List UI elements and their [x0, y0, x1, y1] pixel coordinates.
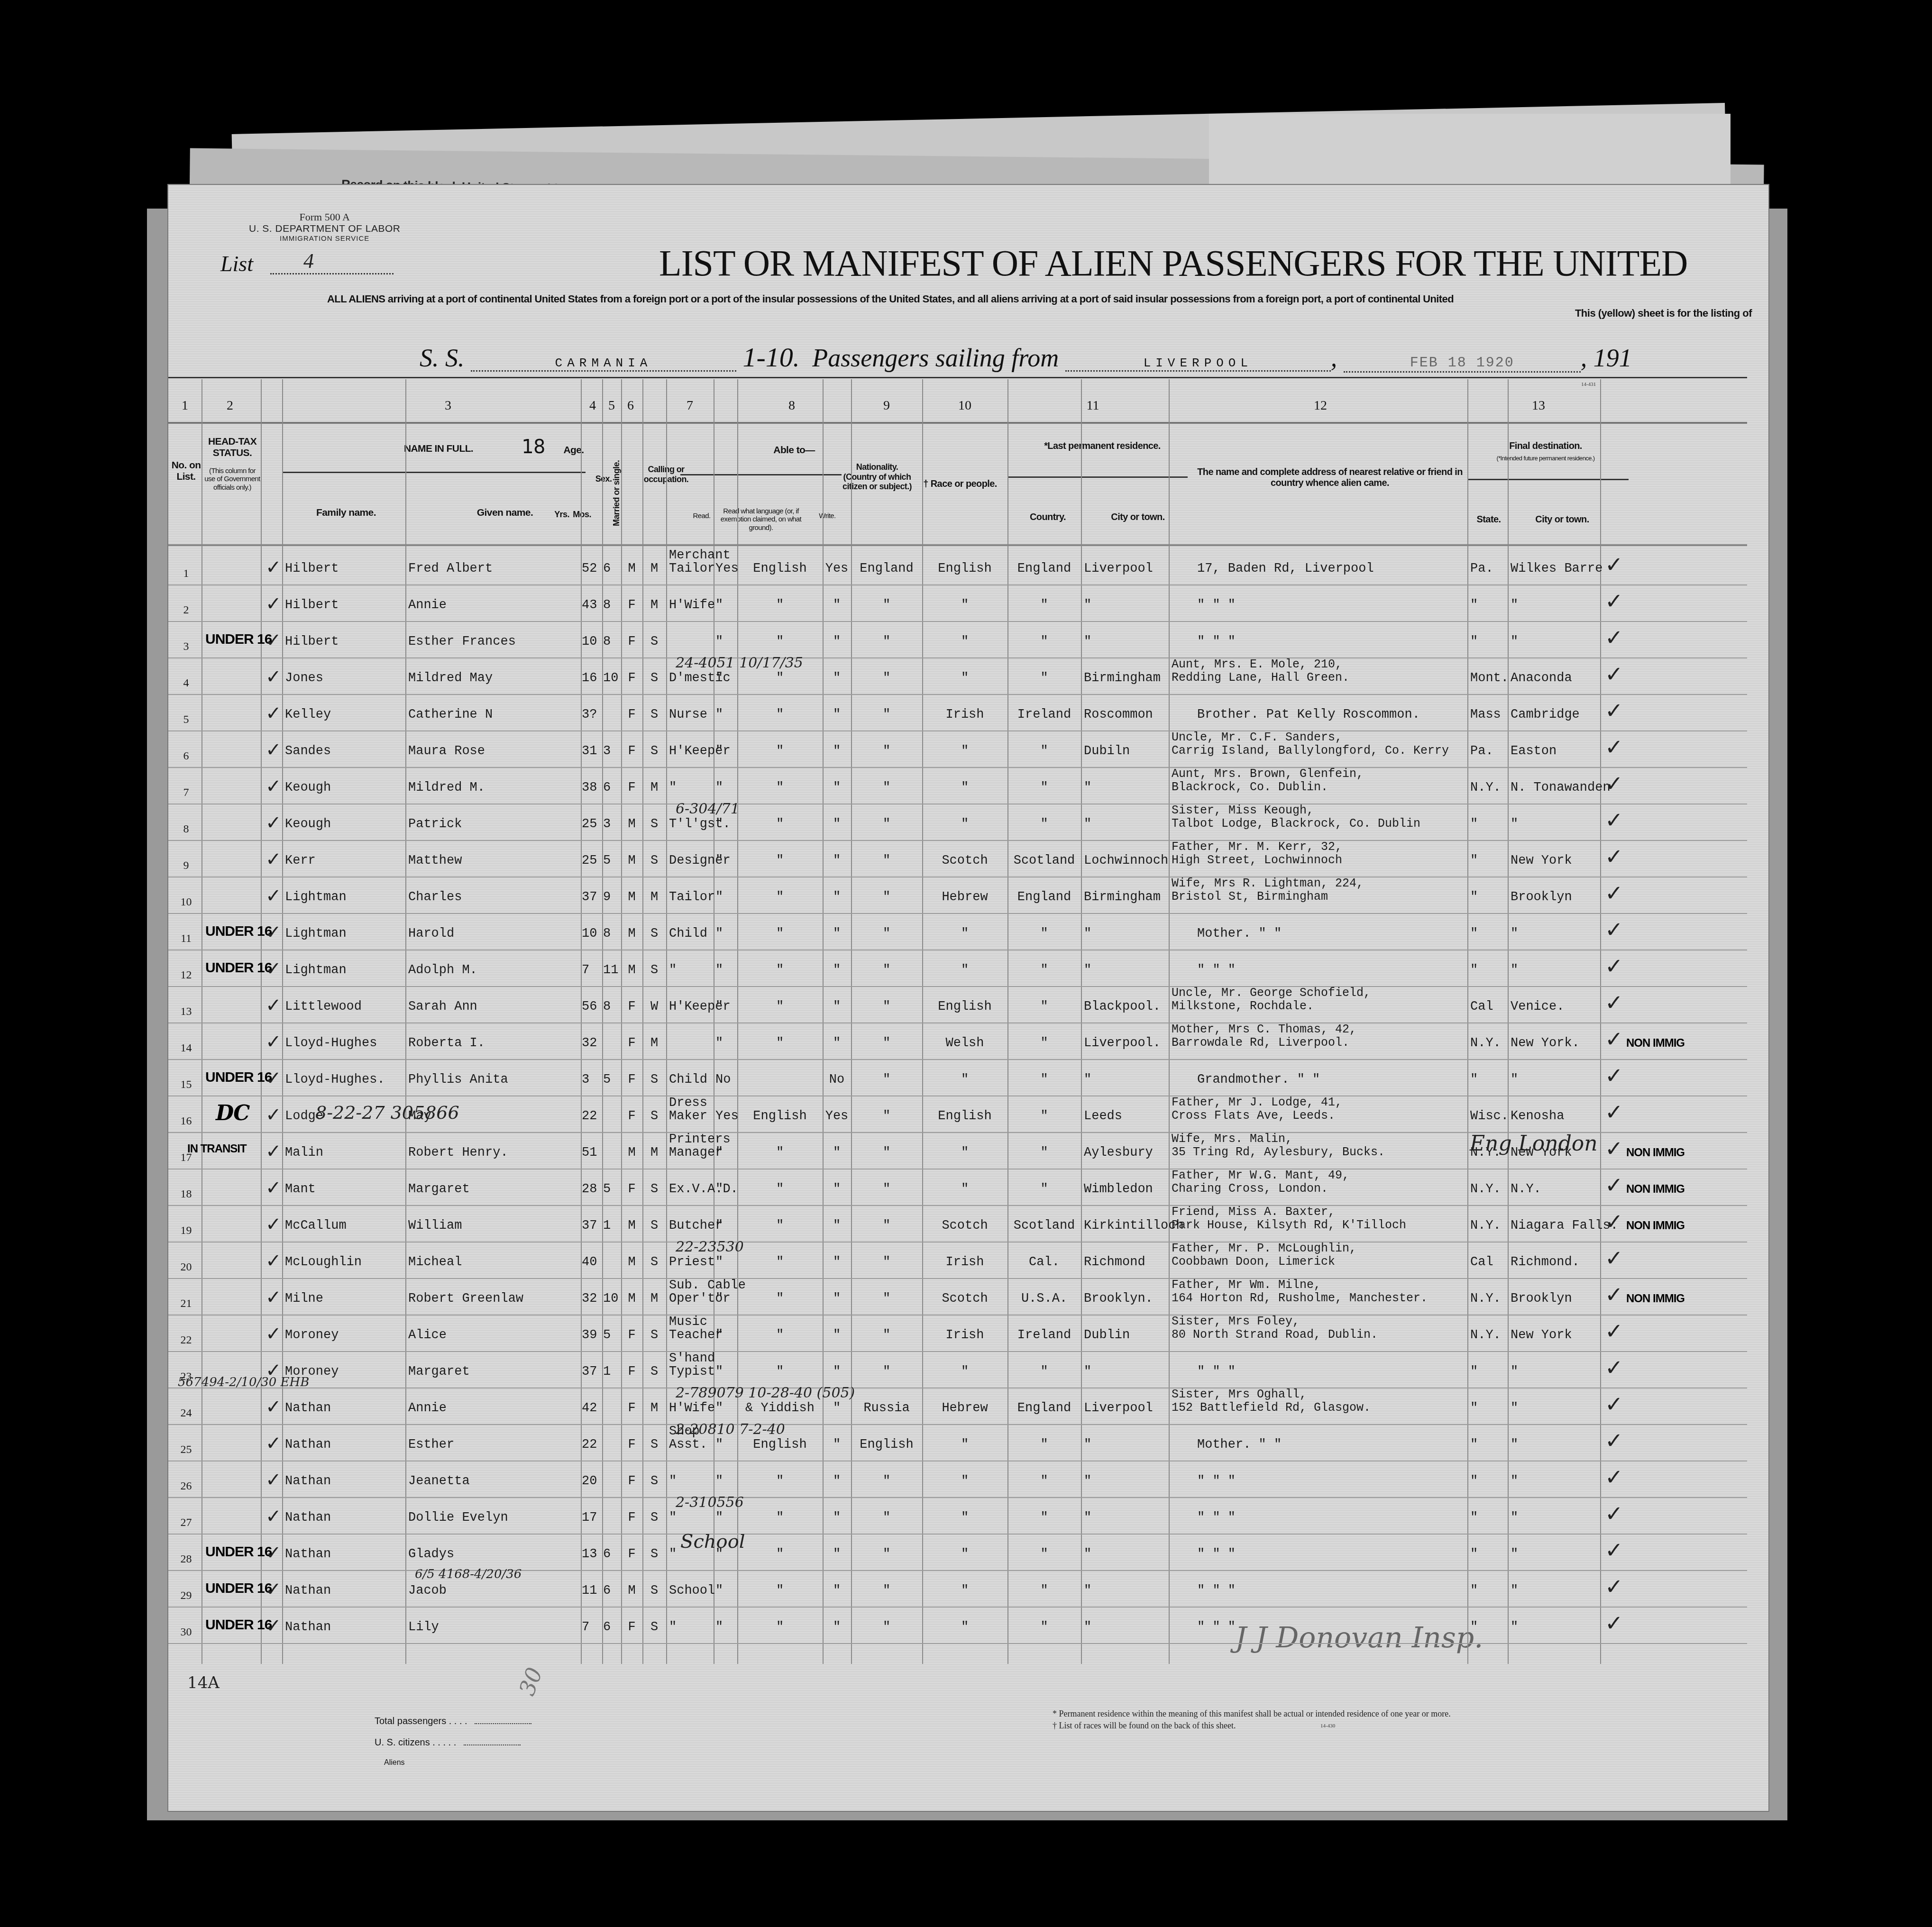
- verification-check-icon: ✓: [1605, 880, 1623, 906]
- row-divider: [168, 986, 1747, 987]
- row-number: 20: [171, 1261, 201, 1273]
- sex: F: [621, 1365, 642, 1379]
- sex: M: [621, 818, 642, 831]
- relative-address: Father, Mr. M. Kerr, 32,: [1172, 841, 1342, 853]
- row-number: 10: [171, 896, 201, 908]
- race-or-people: ": [922, 927, 1007, 941]
- relative-address: Redding Lane, Hall Green.: [1172, 672, 1349, 684]
- given-name: Jacob: [408, 1584, 447, 1598]
- destination-state: ": [1470, 927, 1478, 941]
- row-divider: [168, 1570, 1747, 1571]
- row-number: 16: [171, 1115, 201, 1127]
- occupation: Tailor: [669, 891, 715, 904]
- verification-check-icon: ✓: [1605, 1099, 1623, 1125]
- given-name: Margaret: [408, 1183, 470, 1196]
- row-number: 18: [171, 1188, 201, 1200]
- age-years: 25: [582, 818, 597, 831]
- header-read: Read.: [690, 512, 714, 520]
- marital-status: S: [642, 1256, 666, 1269]
- check-mark-icon: ✓: [266, 1031, 282, 1053]
- age-years: 3: [582, 1073, 589, 1087]
- residence-city: Leeds: [1084, 1110, 1122, 1123]
- relative-address: Mother. " ": [1197, 927, 1282, 941]
- header-married-or-single: Married or single.: [612, 457, 622, 529]
- marital-status: M: [642, 891, 666, 904]
- row-number: 6: [171, 750, 201, 762]
- residence-country: Scotland: [1007, 854, 1081, 868]
- non-immigrant-stamp: NON IMMIG: [1626, 1183, 1685, 1196]
- marital-status: S: [642, 1365, 666, 1379]
- race-or-people: Scotch: [922, 1219, 1007, 1233]
- given-name: Matthew: [408, 854, 462, 868]
- family-name: Keough: [285, 818, 331, 831]
- can-write: No: [823, 1073, 851, 1087]
- relative-address: " " ": [1197, 1365, 1236, 1379]
- can-write: ": [823, 1511, 851, 1525]
- handwritten-annotation: 6-304/71: [676, 801, 740, 817]
- destination-state: ": [1470, 964, 1478, 977]
- residence-country: ": [1007, 964, 1081, 977]
- column-number: 3: [439, 398, 458, 413]
- marital-status: S: [642, 1219, 666, 1233]
- given-name: Mildred M.: [408, 781, 485, 795]
- list-label: List: [220, 251, 253, 276]
- age-years: 38: [582, 781, 597, 795]
- family-name: Moroney: [285, 1329, 339, 1342]
- read-language: ": [737, 1037, 823, 1050]
- sex: F: [621, 1621, 642, 1634]
- relative-address: Charing Cross, London.: [1172, 1183, 1328, 1195]
- row-number: 3: [171, 641, 201, 653]
- header-family-name: Family name.: [287, 507, 405, 519]
- column-divider: [1467, 379, 1468, 1664]
- given-name: William: [408, 1219, 462, 1233]
- residence-country: ": [1007, 1438, 1081, 1452]
- race-or-people: Hebrew: [922, 1402, 1007, 1415]
- occupation: ": [669, 1511, 677, 1525]
- row-divider: [168, 1023, 1747, 1023]
- occupation: Sub. Cable: [669, 1279, 746, 1292]
- residence-country: ": [1007, 1511, 1081, 1525]
- given-name: Micheal: [408, 1256, 462, 1269]
- row-number: 30: [171, 1626, 201, 1638]
- department-name: U. S. DEPARTMENT OF LABOR: [249, 223, 400, 235]
- age-months: 5: [603, 1329, 611, 1342]
- destination-city: ": [1511, 1073, 1518, 1087]
- row-divider: [168, 1278, 1747, 1279]
- head-tax-status-stamp: UNDER 16: [205, 960, 272, 976]
- destination-city: ": [1511, 927, 1518, 941]
- read-language: ": [737, 1511, 823, 1525]
- can-read: No: [715, 1073, 731, 1087]
- verification-check-icon: ✓: [1605, 953, 1623, 979]
- subtitle: ALL ALIENS arriving at a port of contine…: [327, 293, 1740, 305]
- destination-state: Wisc.: [1470, 1110, 1509, 1123]
- sex: F: [621, 1511, 642, 1525]
- marital-status: M: [642, 1146, 666, 1160]
- relative-address: Bristol St, Birmingham: [1172, 891, 1328, 903]
- header-sex: Sex.: [594, 474, 613, 484]
- can-write: ": [823, 1292, 851, 1306]
- head-tax-status-stamp: UNDER 16: [205, 631, 272, 648]
- read-language: ": [737, 854, 823, 868]
- residence-city: ": [1084, 964, 1091, 977]
- destination-city: Easton: [1511, 745, 1557, 758]
- verification-check-icon: ✓: [1605, 1501, 1623, 1526]
- check-mark-icon: ✓: [266, 666, 282, 688]
- destination-city: Anaconda: [1511, 672, 1572, 685]
- sex: F: [621, 781, 642, 795]
- row-number: 19: [171, 1225, 201, 1237]
- race-or-people: ": [922, 745, 1007, 758]
- header-mos: Mos.: [571, 510, 593, 520]
- race-or-people: Welsh: [922, 1037, 1007, 1050]
- header-city-or-town: City or town.: [1090, 512, 1185, 523]
- sex: F: [621, 599, 642, 612]
- age-years: 22: [582, 1438, 597, 1452]
- family-name: Nathan: [285, 1475, 331, 1488]
- relative-address: Uncle, Mr. George Schofield,: [1172, 987, 1371, 999]
- row-number: 12: [171, 969, 201, 981]
- head-tax-status-stamp: UNDER 16: [205, 1617, 272, 1633]
- nationality: England: [851, 562, 922, 575]
- verification-check-icon: ✓: [1605, 661, 1623, 687]
- can-read: ": [715, 927, 723, 941]
- can-read: ": [715, 1438, 723, 1452]
- relative-address: 17, Baden Rd, Liverpool: [1197, 562, 1374, 575]
- residence-city: Lochwinnoch: [1084, 854, 1168, 868]
- read-language: ": [737, 964, 823, 977]
- given-name: Alice: [408, 1329, 447, 1342]
- residence-country: ": [1007, 599, 1081, 612]
- destination-city: ": [1511, 964, 1518, 977]
- sex: F: [621, 1329, 642, 1342]
- age-years: 43: [582, 599, 597, 612]
- relative-address: " " ": [1197, 1621, 1236, 1634]
- given-name: Robert Henry.: [408, 1146, 508, 1160]
- footnote-residence: * Permanent residence within the meaning…: [1053, 1709, 1451, 1719]
- row-number: 2: [171, 604, 201, 616]
- destination-city: Wilkes Barre: [1511, 562, 1602, 575]
- destination-state: Cal: [1470, 1256, 1493, 1269]
- residence-country: ": [1007, 1548, 1081, 1561]
- sex: F: [621, 1183, 642, 1196]
- family-name: Hilbert: [285, 599, 339, 612]
- header-nationality: Nationality. (Country of which citizen o…: [842, 462, 913, 492]
- non-immigrant-stamp: NON IMMIG: [1626, 1292, 1685, 1306]
- age-years: 37: [582, 891, 597, 904]
- read-language: ": [737, 635, 823, 648]
- read-language: ": [737, 1365, 823, 1379]
- residence-country: ": [1007, 1475, 1081, 1488]
- read-language: ": [737, 1329, 823, 1342]
- verification-check-icon: ✓: [1605, 807, 1623, 833]
- marital-status: S: [642, 708, 666, 721]
- given-name: Esther: [408, 1438, 454, 1452]
- race-or-people: ": [922, 1183, 1007, 1196]
- can-read: ": [715, 635, 723, 648]
- residence-country: ": [1007, 1073, 1081, 1087]
- row-divider: [168, 658, 1747, 658]
- can-read: ": [715, 1365, 723, 1379]
- can-read: Yes: [715, 562, 739, 575]
- row-number: 27: [171, 1517, 201, 1529]
- race-or-people: ": [922, 599, 1007, 612]
- nationality: ": [851, 1146, 922, 1160]
- handwritten-annotation: School: [680, 1531, 745, 1553]
- occupation: Maker: [669, 1110, 707, 1123]
- verification-check-icon: ✓: [1605, 1318, 1623, 1344]
- family-name: McLoughlin: [285, 1256, 362, 1269]
- destination-city: ": [1511, 818, 1518, 831]
- race-or-people: Scotch: [922, 854, 1007, 868]
- row-divider: [168, 804, 1747, 804]
- can-read: ": [715, 745, 723, 758]
- age-months: 6: [603, 781, 611, 795]
- given-name: Jeanetta: [408, 1475, 470, 1488]
- row-divider: [168, 621, 1747, 622]
- header-rule-top: [168, 377, 1747, 378]
- given-name: Charles: [408, 891, 462, 904]
- relative-address: Sister, Miss Keough,: [1172, 804, 1314, 817]
- age-months: 6: [603, 562, 611, 575]
- can-read: ": [715, 599, 723, 612]
- row-number: 15: [171, 1079, 201, 1091]
- head-tax-status-stamp: UNDER 16: [205, 1069, 272, 1086]
- occupation: Music: [669, 1315, 707, 1329]
- read-language: English: [737, 562, 823, 575]
- handwritten-annotation: 567494-2/10/30 EHB: [178, 1375, 309, 1389]
- column-number: 8: [782, 398, 801, 413]
- read-language: English: [737, 1438, 823, 1452]
- can-read: ": [715, 1219, 723, 1233]
- marital-status: S: [642, 1438, 666, 1452]
- row-number: 9: [171, 860, 201, 872]
- verification-check-icon: ✓: [1605, 734, 1623, 760]
- destination-state: ": [1470, 818, 1478, 831]
- row-number: 1: [171, 568, 201, 580]
- header-relative: The name and complete address of nearest…: [1197, 467, 1463, 489]
- row-divider: [168, 1169, 1747, 1169]
- header-age: Age.: [555, 445, 593, 456]
- read-language: ": [737, 599, 823, 612]
- column-number: 13: [1529, 398, 1548, 413]
- race-or-people: ": [922, 1365, 1007, 1379]
- head-tax-status-stamp: UNDER 16: [205, 923, 272, 940]
- age-years: 39: [582, 1329, 597, 1342]
- can-write: ": [823, 1584, 851, 1598]
- relative-address: Grandmother. " ": [1197, 1073, 1320, 1087]
- occupation: Teacher: [669, 1329, 723, 1342]
- sex: F: [621, 635, 642, 648]
- relative-address: Carrig Island, Ballylongford, Co. Kerry: [1172, 745, 1449, 757]
- destination-state: ": [1470, 891, 1478, 904]
- check-mark-icon: ✓: [266, 849, 282, 870]
- marital-status: M: [642, 1292, 666, 1306]
- residence-city: Dubiln: [1084, 745, 1130, 758]
- column-number: 5: [602, 398, 621, 413]
- verification-check-icon: ✓: [1605, 1172, 1623, 1198]
- can-write: ": [823, 1621, 851, 1634]
- row-number: 5: [171, 714, 201, 726]
- read-language: ": [737, 927, 823, 941]
- read-language: ": [737, 1000, 823, 1014]
- verification-check-icon: ✓: [1605, 1574, 1623, 1599]
- header-last-residence: *Last permanent residence.: [1017, 441, 1188, 452]
- residence-city: ": [1084, 818, 1091, 831]
- marital-status: S: [642, 1511, 666, 1525]
- can-write: ": [823, 1183, 851, 1196]
- inspector-signature: J J Donovan Insp.: [1235, 1621, 1483, 1654]
- check-mark-icon: ✓: [266, 703, 282, 724]
- residence-city: ": [1084, 1073, 1091, 1087]
- relative-address: Talbot Lodge, Blackrock, Co. Dublin: [1172, 818, 1420, 830]
- destination-state: ": [1470, 1621, 1478, 1634]
- family-name: Lloyd-Hughes: [285, 1037, 377, 1050]
- given-name: Annie: [408, 599, 447, 612]
- row-divider: [168, 1643, 1747, 1644]
- sheet-code-bottom: 14-430: [1320, 1723, 1335, 1729]
- can-read: ": [715, 1292, 723, 1306]
- check-mark-icon: ✓: [266, 1433, 282, 1454]
- race-or-people: ": [922, 964, 1007, 977]
- given-name: Mildred May: [408, 672, 493, 685]
- residence-country: ": [1007, 1146, 1081, 1160]
- row-divider: [168, 1096, 1747, 1096]
- nationality: ": [851, 745, 922, 758]
- age-months: 1: [603, 1219, 611, 1233]
- occupation: H'Wife: [669, 599, 715, 612]
- race-or-people: English: [922, 1000, 1007, 1014]
- footer-annotation: 14A: [187, 1673, 220, 1692]
- residence-country: ": [1007, 1365, 1081, 1379]
- relative-address: Blackrock, Co. Dublin.: [1172, 781, 1328, 794]
- family-name: Sandes: [285, 745, 331, 758]
- destination-state: Mont.: [1470, 672, 1509, 685]
- sex: M: [621, 891, 642, 904]
- residence-country: ": [1007, 1621, 1081, 1634]
- ship-annotation: 1-10: [743, 342, 793, 373]
- relative-address: Father, Mr W.G. Mant, 49,: [1172, 1169, 1349, 1182]
- relative-address: " " ": [1197, 964, 1236, 977]
- family-name: Lloyd-Hughes.: [285, 1073, 385, 1087]
- verification-check-icon: ✓: [1605, 1355, 1623, 1380]
- destination-city: ": [1511, 1475, 1518, 1488]
- race-or-people: ": [922, 1584, 1007, 1598]
- nationality: ": [851, 964, 922, 977]
- nationality: ": [851, 1000, 922, 1014]
- can-write: ": [823, 1329, 851, 1342]
- check-mark-icon: ✓: [266, 1396, 282, 1418]
- row-divider: [168, 913, 1747, 914]
- family-name: Nathan: [285, 1438, 331, 1452]
- row-number: 29: [171, 1590, 201, 1602]
- handwritten-annotation: 22-23530: [676, 1239, 744, 1255]
- relative-address: Father, Mr J. Lodge, 41,: [1172, 1096, 1342, 1109]
- port-of-departure: LIVERPOOL: [1065, 356, 1331, 372]
- residence-country: ": [1007, 927, 1081, 941]
- read-language: ": [737, 1475, 823, 1488]
- marital-status: S: [642, 1329, 666, 1342]
- us-citizens-label: U. S. citizens: [375, 1737, 430, 1748]
- relative-address: Father, Mr. P. McLoughlin,: [1172, 1242, 1356, 1255]
- can-read: ": [715, 854, 723, 868]
- read-language: ": [737, 1584, 823, 1598]
- age-months: 1: [603, 1365, 611, 1379]
- race-or-people: Hebrew: [922, 891, 1007, 904]
- race-or-people: ": [922, 781, 1007, 795]
- destination-state: ": [1470, 599, 1478, 612]
- verification-check-icon: ✓: [1605, 917, 1623, 942]
- destination-city: ": [1511, 1402, 1518, 1415]
- marital-status: S: [642, 635, 666, 648]
- read-language: ": [737, 1292, 823, 1306]
- family-name: Malin: [285, 1146, 323, 1160]
- marital-status: S: [642, 1183, 666, 1196]
- nationality: ": [851, 1073, 922, 1087]
- header-read-language: Read what language (or, if exemption cla…: [716, 507, 806, 532]
- column-divider: [201, 379, 202, 1664]
- row-divider: [168, 1388, 1747, 1388]
- family-name: Nathan: [285, 1621, 331, 1634]
- age-months: 6: [603, 1621, 611, 1634]
- row-number: 26: [171, 1480, 201, 1492]
- family-name: Nathan: [285, 1402, 331, 1415]
- residence-city: Liverpool: [1084, 562, 1153, 575]
- nationality: ": [851, 1329, 922, 1342]
- residence-city: ": [1084, 599, 1091, 612]
- check-mark-icon: ✓: [266, 1214, 282, 1235]
- destination-city: ": [1511, 599, 1518, 612]
- residence-city: Dublin: [1084, 1329, 1130, 1342]
- nationality: ": [851, 818, 922, 831]
- can-read: ": [715, 891, 723, 904]
- can-write: ": [823, 1365, 851, 1379]
- given-name: Catherine N: [408, 708, 493, 721]
- race-or-people: ": [922, 1621, 1007, 1634]
- destination-city: Richmond.: [1511, 1256, 1580, 1269]
- relative-address: Sister, Mrs Foley,: [1172, 1315, 1300, 1328]
- residence-country: ": [1007, 1110, 1081, 1123]
- age-years: 17: [582, 1511, 597, 1525]
- destination-state: Cal: [1470, 1000, 1493, 1014]
- destination-state: ": [1470, 635, 1478, 648]
- age-months: 6: [603, 1548, 611, 1561]
- sex: M: [621, 854, 642, 868]
- column-number: 7: [680, 398, 699, 413]
- check-mark-icon: ✓: [266, 1579, 282, 1600]
- nationality: Russia: [851, 1402, 922, 1415]
- occupation: Butcher: [669, 1219, 723, 1233]
- race-or-people: ": [922, 1511, 1007, 1525]
- column-divider: [1081, 379, 1082, 1664]
- can-write: ": [823, 927, 851, 941]
- column-number: 9: [877, 398, 896, 413]
- sex: M: [621, 1146, 642, 1160]
- marital-status: S: [642, 854, 666, 868]
- row-number: 7: [171, 787, 201, 799]
- nationality: ": [851, 1621, 922, 1634]
- can-read: ": [715, 1146, 723, 1160]
- nationality: ": [851, 1584, 922, 1598]
- handwritten-annotation: Eng London: [1470, 1132, 1598, 1156]
- residence-city: Kirkintilloch: [1084, 1219, 1184, 1233]
- given-name: Gladys: [408, 1548, 454, 1561]
- family-name: McCallum: [285, 1219, 347, 1233]
- family-name: Milne: [285, 1292, 323, 1306]
- sex: M: [621, 1292, 642, 1306]
- sex: F: [621, 1110, 642, 1123]
